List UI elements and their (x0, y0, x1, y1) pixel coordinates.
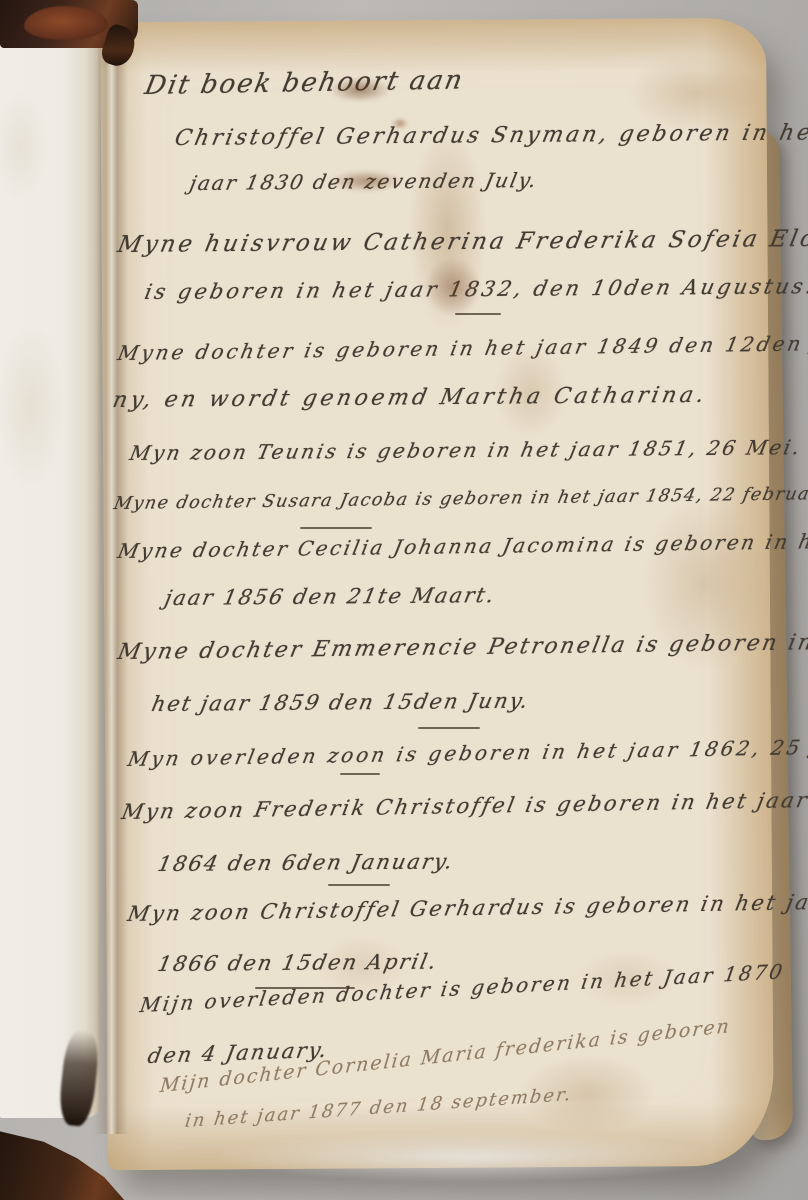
ink-underline (255, 987, 355, 989)
ink-underline (340, 773, 380, 775)
handwritten-line: ny, en wordt genoemd Martha Catharina. (110, 383, 709, 414)
ink-underline (328, 884, 390, 886)
photo-backdrop: { "photo": { "subject": "Opened family r… (0, 0, 808, 1200)
table-surface-highlight (150, 1128, 790, 1200)
ink-blot (425, 258, 481, 316)
handwritten-line: jaar 1856 den 21te Maart. (163, 583, 498, 610)
handwritten-line: 1866 den 15den April. (156, 950, 441, 977)
ink-underline (300, 527, 372, 529)
facing-blank-page (0, 26, 100, 1118)
handwritten-line: 1864 den 6den January. (156, 849, 457, 876)
ink-underline (418, 727, 480, 729)
book-gutter-shadow (94, 24, 128, 1134)
ink-blot (330, 78, 390, 102)
handwritten-line: het jaar 1859 den 15den Juny. (150, 689, 532, 716)
handwritten-line: Dit boek behoort aan (142, 66, 466, 102)
ink-blot (330, 170, 402, 192)
leather-cover-lump (24, 6, 108, 40)
ink-blot (392, 118, 408, 129)
